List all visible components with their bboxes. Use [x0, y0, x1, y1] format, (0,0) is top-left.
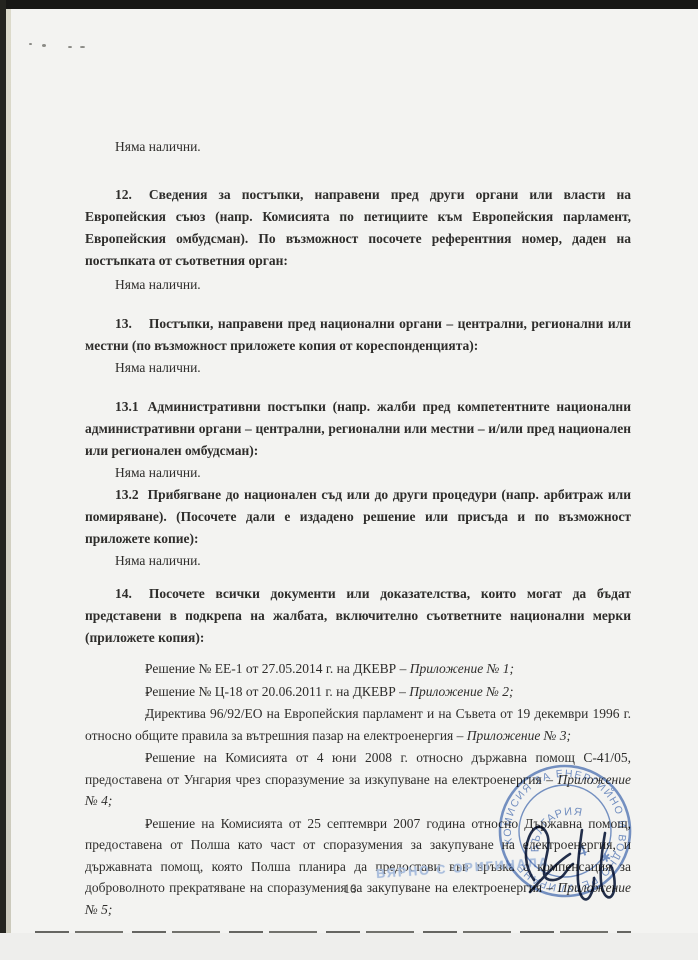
attachment-item: -Решение № Ц-18 от 20.06.2011 г. на ДКЕВ…: [85, 681, 631, 703]
attachment-text: Решение № ЕЕ-1 от 27.05.2014 г. на ДКЕВР…: [145, 661, 410, 676]
section-number: 13.: [115, 316, 149, 331]
bullet-dash: -: [115, 703, 145, 725]
section-12-heading: 12.Сведения за постъпки, направени пред …: [85, 184, 631, 272]
section-title: Посочете всички документи или доказателс…: [85, 586, 631, 645]
annex-reference: Приложение № 2;: [409, 684, 513, 699]
scan-edge-top: [0, 0, 698, 9]
section-number: 14.: [115, 586, 149, 601]
section-14-heading: 14.Посочете всички документи или доказат…: [85, 583, 631, 649]
bullet-dash: -: [115, 681, 145, 703]
attachment-item: -Решение № ЕЕ-1 от 27.05.2014 г. на ДКЕВ…: [85, 658, 631, 680]
scan-edge-bottom-line: [35, 931, 631, 933]
section-number: 12.: [115, 187, 149, 202]
signature-icon: [508, 800, 634, 922]
section-title: Сведения за постъпки, направени пред дру…: [85, 187, 631, 268]
answer-line: Няма налични.: [85, 462, 631, 484]
section-title: Прибягване до национален съд или до друг…: [85, 487, 631, 546]
bullet-dash: -: [115, 747, 145, 769]
section-13-1-heading: 13.1Административни постъпки (напр. жалб…: [85, 396, 631, 462]
annex-reference: Приложение № 3;: [467, 728, 571, 743]
scanned-document-page: { "page": { "number": "16" }, "content":…: [0, 0, 698, 960]
section-number: 13.1: [115, 399, 148, 414]
bullet-dash: -: [115, 658, 145, 680]
section-number: 13.2: [115, 487, 148, 502]
scan-speck: [68, 46, 72, 48]
bullet-dash: -: [115, 813, 145, 835]
answer-line: Няма налични.: [85, 136, 631, 158]
annex-reference: Приложение № 1;: [410, 661, 514, 676]
section-title: Постъпки, направени пред национални орга…: [85, 316, 631, 353]
scan-speck: [29, 43, 32, 45]
section-13-heading: 13.Постъпки, направени пред национални о…: [85, 313, 631, 357]
page-number: 16: [320, 882, 380, 897]
answer-line: Няма налични.: [85, 274, 631, 296]
section-13-2-heading: 13.2Прибягване до национален съд или до …: [85, 484, 631, 550]
answer-line: Няма налични.: [85, 357, 631, 379]
section-title: Административни постъпки (напр. жалби пр…: [85, 399, 631, 458]
answer-line: Няма налични.: [85, 550, 631, 572]
scan-edge-left-shadow: [6, 9, 11, 960]
scan-speck: [80, 46, 85, 48]
scan-speck: [42, 44, 46, 47]
attachment-item: -Директива 96/92/ЕО на Европейския парла…: [85, 703, 631, 746]
attachment-text: Решение № Ц-18 от 20.06.2011 г. на ДКЕВР…: [145, 684, 409, 699]
scan-area-below-line: [0, 933, 698, 960]
